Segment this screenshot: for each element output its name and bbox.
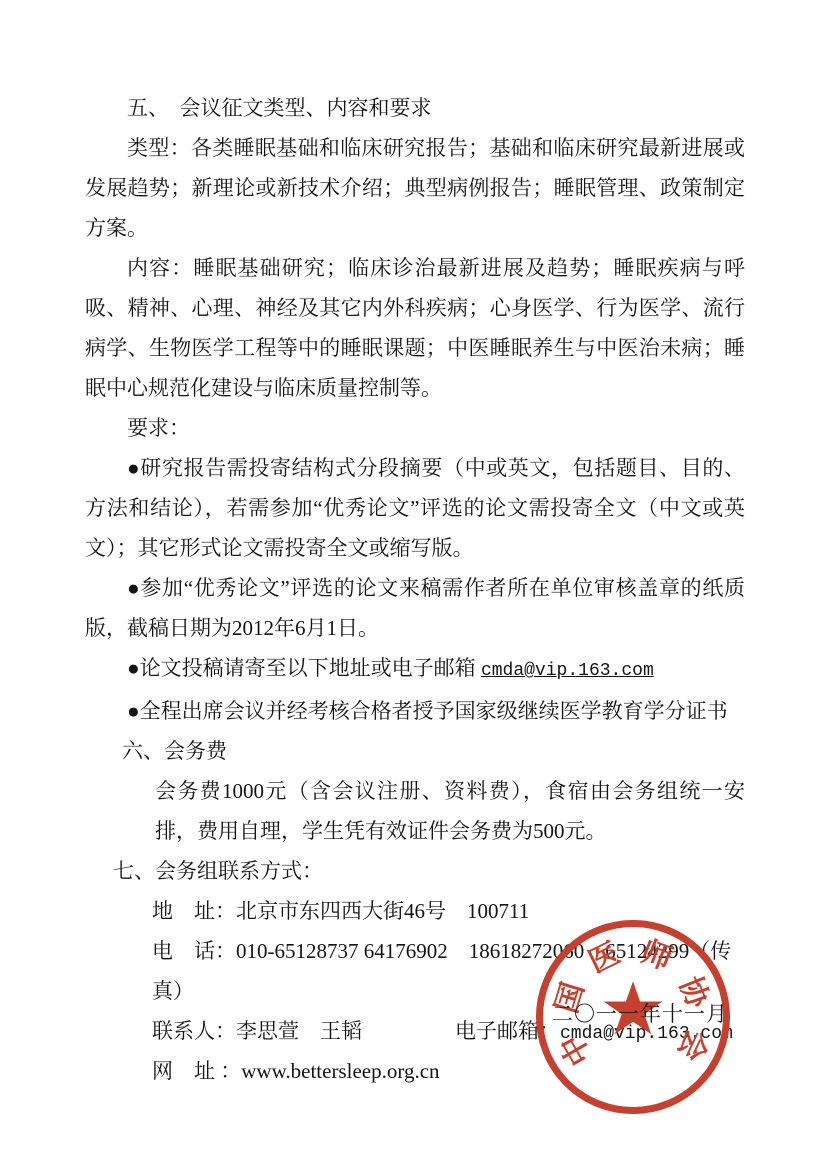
section7-heading: 七、会务组联系方式： bbox=[113, 851, 745, 891]
seal-character: 师 bbox=[636, 927, 680, 979]
section5-heading: 五、 会议征文类型、内容和要求 bbox=[85, 88, 745, 128]
section5-bullet-2: ●参加“优秀论文”评选的论文来稿需作者所在单位审核盖章的纸质版，截稿日期为201… bbox=[85, 568, 745, 648]
section6-body: 会务费1000元（含会议注册、资料费），食宿由会务组统一安排，费用自理，学生凭有… bbox=[155, 771, 745, 851]
submission-email-link[interactable]: cmda@vip.163.com bbox=[481, 661, 654, 681]
section5-paragraph-type: 类型：各类睡眠基础和临床研究报告；基础和临床研究最新进展或发展趋势；新理论或新技… bbox=[85, 128, 745, 248]
document-date: 二〇一一年十一月 bbox=[552, 998, 728, 1028]
seal-character: 医 bbox=[580, 929, 626, 982]
section5-paragraph-content: 内容：睡眠基础研究；临床诊治最新进展及趋势；睡眠疾病与呼吸、精神、心理、神经及其… bbox=[85, 248, 745, 408]
contact-person-value: 李思萱 王韬 bbox=[236, 1019, 362, 1043]
contact-person-label: 联系人： bbox=[152, 1019, 236, 1043]
phone-label: 电 话： bbox=[152, 939, 236, 963]
document-page: 五、 会议征文类型、内容和要求 类型：各类睡眠基础和临床研究报告；基础和临床研究… bbox=[0, 0, 827, 1169]
section5-bullet-3: ●论文投稿请寄至以下地址或电子邮箱 cmda@vip.163.com bbox=[85, 648, 745, 691]
website-label: 网 址 ： bbox=[152, 1059, 241, 1083]
section5-bullet-1: ●研究报告需投寄结构式分段摘要（中或英文，包括题目、目的、方法和结论），若需参加… bbox=[85, 448, 745, 568]
section5-bullet-3-text: ●论文投稿请寄至以下地址或电子邮箱 bbox=[127, 656, 481, 680]
seal-character: 中 bbox=[547, 1028, 600, 1076]
section5-bullet-4: ●全程出席会议并经考核合格者授予国家级继续医学教育学分证书 bbox=[85, 691, 745, 731]
section6-heading: 六、会务费 bbox=[122, 731, 745, 771]
address-value: 北京市东四西大街46号 100711 bbox=[236, 899, 529, 923]
seal-character: 会 bbox=[669, 1023, 722, 1069]
address-label: 地 址： bbox=[152, 899, 236, 923]
section5-requirements-label: 要求： bbox=[85, 408, 745, 448]
website-value: www.bettersleep.org.cn bbox=[241, 1059, 439, 1083]
